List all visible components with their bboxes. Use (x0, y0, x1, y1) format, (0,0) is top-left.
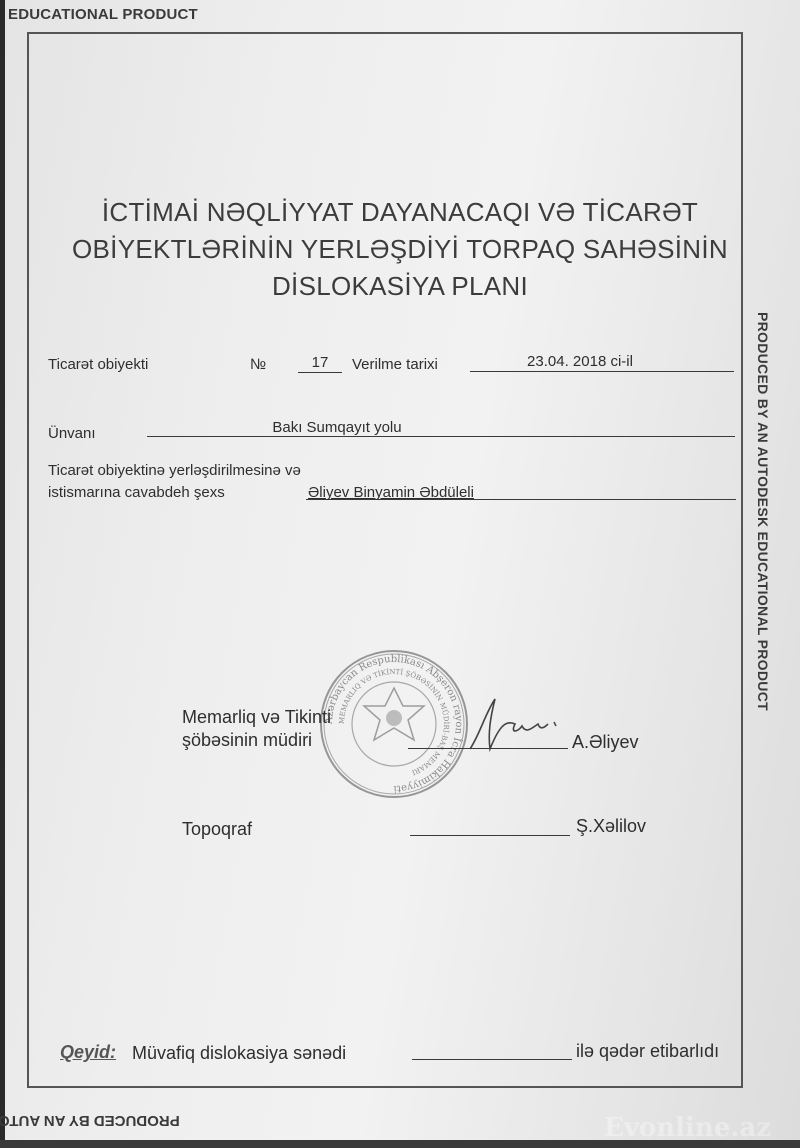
handwritten-signature (460, 694, 560, 754)
date-value: 23.04. 2018 ci-il (470, 353, 690, 370)
responsible-label-line1: Ticarət obiyektinə yerləşdirilmesinə və (48, 462, 301, 479)
bottom-watermark: PRODUCED BY AN AUTO (0, 1112, 180, 1129)
side-watermark: PRODUCED BY AN AUTODESK EDUCATIONAL PROD… (755, 312, 771, 711)
head-name: A.Əliyev (572, 731, 639, 753)
number-label: № (250, 356, 266, 373)
note-text-before: Müvafiq dislokasiya sənədi (132, 1042, 346, 1064)
date-underline (470, 371, 734, 372)
date-label: Verilme tarixi (352, 356, 438, 373)
note-label: Qeyid: (60, 1042, 116, 1063)
title-line-3: DİSLOKASİYA PLANI (60, 268, 740, 305)
head-label-line1: Memarliq və Tikinti (182, 706, 331, 728)
topograph-signature-line (410, 835, 570, 836)
number-underline (298, 372, 342, 373)
scan-bottom-edge (0, 1140, 800, 1148)
topograph-name: Ş.Xəlilov (576, 815, 646, 837)
note-text-after: ilə qədər etibarlıdı (576, 1040, 719, 1062)
document-frame (27, 32, 743, 1088)
note-date-line (412, 1059, 572, 1060)
site-watermark: Evonline.az (604, 1113, 771, 1143)
educational-product-header: EDUCATIONAL PRODUCT (8, 6, 198, 23)
address-underline (147, 436, 735, 437)
number-value: 17 (298, 354, 342, 371)
responsible-value: Əliyev Binyamin Əbdüleli (308, 484, 474, 501)
official-stamp: Azərbaycan Respublikası Abşeron rayon İc… (318, 648, 470, 800)
title-line-1: İCTİMAİ NƏQLİYYAT DAYANACAQI VƏ TİCARƏT (60, 194, 740, 231)
document-title: İCTİMAİ NƏQLİYYAT DAYANACAQI VƏ TİCARƏT … (60, 194, 740, 305)
scan-left-edge (0, 0, 5, 1148)
coat-of-arms-center-icon (386, 710, 402, 726)
topograph-label: Topoqraf (182, 818, 252, 840)
responsible-label-line2: istismarına cavabdeh şexs (48, 484, 225, 501)
title-line-2: OBİYEKTLƏRİNİN YERLƏŞDİYİ TORPAQ SAHƏSİN… (60, 231, 740, 268)
head-label-line2: şöbəsinin müdiri (182, 729, 312, 751)
address-label: Ünvanı (48, 425, 96, 442)
object-label: Ticarət obiyekti (48, 356, 148, 373)
address-value: Bakı Sumqayıt yolu (147, 419, 527, 436)
